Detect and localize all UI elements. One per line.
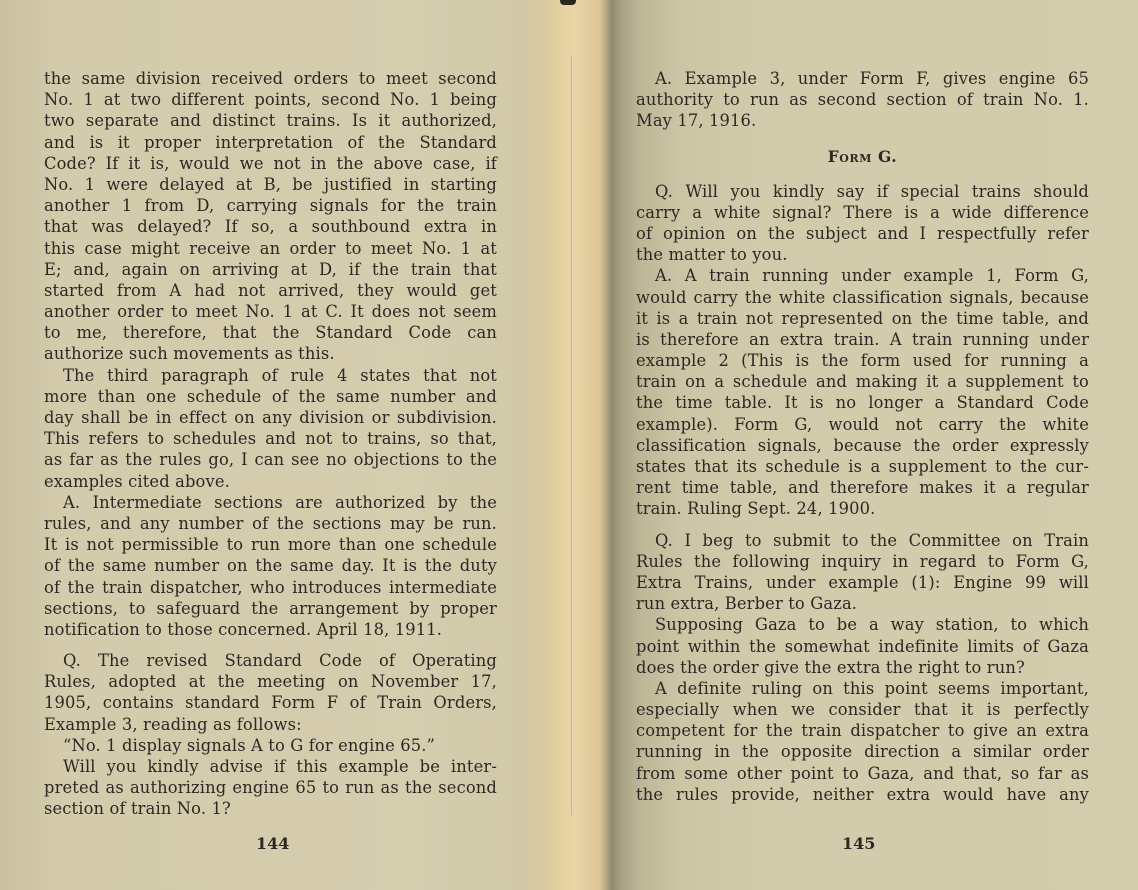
text-line: would carry the white classification sig…: [636, 287, 1089, 308]
text-line: the matter to you.: [636, 244, 1089, 265]
text-line: carry a white signal? There is a wide di…: [636, 202, 1089, 223]
text-line: The third paragraph of rule 4 states tha…: [44, 365, 497, 386]
text-line: A. Intermediate sections are authorized …: [44, 492, 497, 513]
text-line: the same division received orders to mee…: [44, 68, 497, 89]
paragraph-gap: [44, 640, 497, 650]
text-line: started from A had not arrived, they wou…: [44, 280, 497, 301]
text-line: especially when we consider that it is p…: [636, 699, 1089, 720]
book-gutter: [571, 55, 573, 815]
text-line: as far as the rules go, I can see no obj…: [44, 449, 497, 470]
spacer: [636, 167, 1089, 181]
left-page-text: the same division received orders to mee…: [44, 68, 497, 820]
text-line: is therefore an extra train. A train run…: [636, 329, 1089, 350]
text-line: sections, to safeguard the arrangement b…: [44, 598, 497, 619]
text-line: two separate and distinct trains. Is it …: [44, 110, 497, 131]
text-line: May 17, 1916.: [636, 110, 1089, 131]
text-line: Q. I beg to submit to the Committee on T…: [636, 530, 1089, 551]
text-line: 1905, contains standard Form F of Train …: [44, 692, 497, 713]
text-line: “No. 1 display signals A to G for engine…: [44, 735, 497, 756]
text-line: section of train No. 1?: [44, 798, 497, 819]
text-line: Extra Trains, under example (1): Engine …: [636, 572, 1089, 593]
text-line: that was delayed? If so, a southbound ex…: [44, 216, 497, 237]
text-line: Supposing Gaza to be a way station, to w…: [636, 614, 1089, 635]
spacer: [636, 132, 1089, 146]
text-line: Code? If it is, would we not in the abov…: [44, 153, 497, 174]
text-line: classification signals, because the orde…: [636, 435, 1089, 456]
text-line: this case might receive an order to meet…: [44, 238, 497, 259]
text-line: and is it proper interpretation of the S…: [44, 132, 497, 153]
text-line: another 1 from D, carrying signals for t…: [44, 195, 497, 216]
text-line: the time table. It is no longer a Standa…: [636, 392, 1089, 413]
text-line: authorize such movements as this.: [44, 343, 497, 364]
book-spread: the same division received orders to mee…: [0, 0, 1138, 890]
text-line: This refers to schedules and not to trai…: [44, 428, 497, 449]
text-line: of the train dispatcher, who introduces …: [44, 577, 497, 598]
right-page-after-heading: Q. Will you kindly say if special trains…: [636, 181, 1089, 805]
text-line: rules, and any number of the sections ma…: [44, 513, 497, 534]
text-line: competent for the train dispatcher to gi…: [636, 720, 1089, 741]
text-line: day shall be in effect on any division o…: [44, 407, 497, 428]
text-line: notification to those concerned. April 1…: [44, 619, 497, 640]
text-line: No. 1 at two different points, second No…: [44, 89, 497, 110]
text-line: the rules provide, neither extra would h…: [636, 784, 1089, 805]
text-line: examples cited above.: [44, 471, 497, 492]
text-line: Q. Will you kindly say if special trains…: [636, 181, 1089, 202]
text-line: rent time table, and therefore makes it …: [636, 477, 1089, 498]
text-line: more than one schedule of the same numbe…: [44, 386, 497, 407]
text-line: from some other point to Gaza, and that,…: [636, 763, 1089, 784]
text-line: to me, therefore, that the Standard Code…: [44, 322, 497, 343]
text-line: Example 3, reading as follows:: [44, 714, 497, 735]
text-line: run extra, Berber to Gaza.: [636, 593, 1089, 614]
text-line: A. Example 3, under Form F, gives engine…: [636, 68, 1089, 89]
right-page-text: A. Example 3, under Form F, gives engine…: [636, 68, 1089, 805]
text-line: No. 1 were delayed at B, be justified in…: [44, 174, 497, 195]
text-line: example). Form G, would not carry the wh…: [636, 414, 1089, 435]
spine-top-edge: [560, 0, 576, 5]
text-line: authority to run as second section of tr…: [636, 89, 1089, 110]
text-line: another order to meet No. 1 at C. It doe…: [44, 301, 497, 322]
right-page-before-heading: A. Example 3, under Form F, gives engine…: [636, 68, 1089, 132]
paragraph-gap: [636, 520, 1089, 530]
text-line: running in the opposite direction a simi…: [636, 741, 1089, 762]
text-line: Rules the following inquiry in regard to…: [636, 551, 1089, 572]
text-line: A definite ruling on this point seems im…: [636, 678, 1089, 699]
text-line: train on a schedule and making it a supp…: [636, 371, 1089, 392]
section-heading: Form G.: [636, 146, 1089, 167]
text-line: of opinion on the subject and I respectf…: [636, 223, 1089, 244]
text-line: point within the somewhat indefinite lim…: [636, 636, 1089, 657]
right-page-number: 145: [842, 834, 875, 853]
text-line: Rules, adopted at the meeting on Novembe…: [44, 671, 497, 692]
text-line: It is not permissible to run more than o…: [44, 534, 497, 555]
text-line: states that its schedule is a supplement…: [636, 456, 1089, 477]
text-line: it is a train not represented on the tim…: [636, 308, 1089, 329]
text-line: example 2 (This is the form used for run…: [636, 350, 1089, 371]
text-line: does the order give the extra the right …: [636, 657, 1089, 678]
text-line: of the same number on the same day. It i…: [44, 555, 497, 576]
text-line: E; and, again on arriving at D, if the t…: [44, 259, 497, 280]
text-line: train. Ruling Sept. 24, 1900.: [636, 498, 1089, 519]
left-page-number: 144: [256, 834, 289, 853]
text-line: preted as authorizing engine 65 to run a…: [44, 777, 497, 798]
text-line: Q. The revised Standard Code of Operatin…: [44, 650, 497, 671]
text-line: Will you kindly advise if this example b…: [44, 756, 497, 777]
text-line: A. A train running under example 1, Form…: [636, 265, 1089, 286]
